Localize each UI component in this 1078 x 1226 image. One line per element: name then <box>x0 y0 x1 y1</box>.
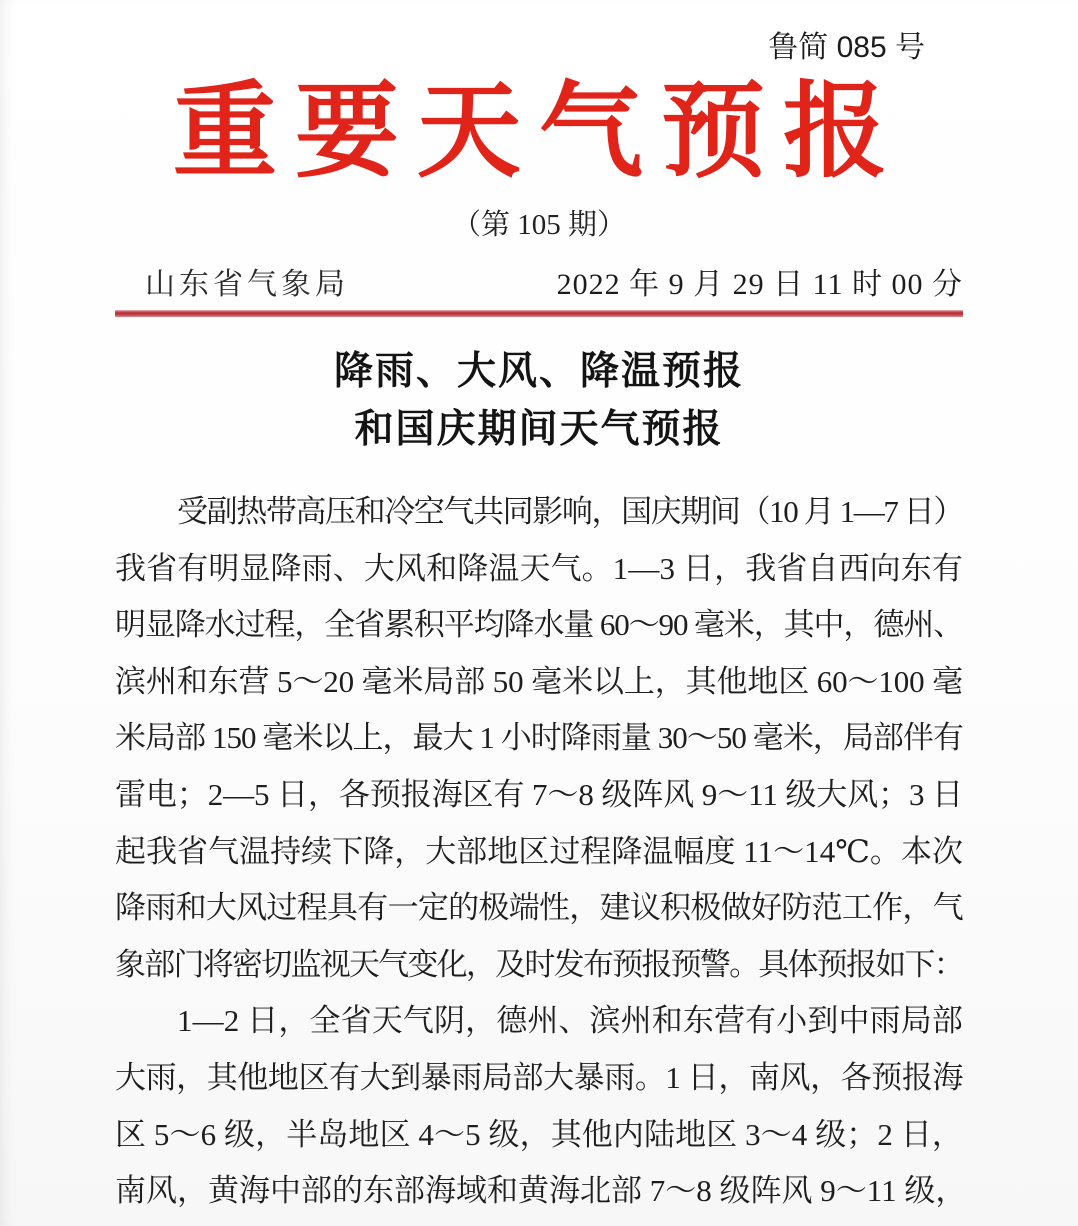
body-line: 降雨和大风过程具有一定的极端性，建议积极做好防范工作，气 <box>115 880 963 937</box>
issuer-row: 山东省气象局 2022 年 9 月 29 日 11 时 00 分 <box>115 259 963 303</box>
body-line: 雷电；2—5 日，各预报海区有 7～8 级阵风 9～11 级大风；3 日 <box>115 767 963 824</box>
document-body: 受副热带高压和冷空气共同影响，国庆期间（10 月 1—7 日）我省有明显降雨、大… <box>115 484 963 1220</box>
body-line: 明显降水过程，全省累积平均降水量 60～90 毫米，其中，德州、 <box>115 597 963 654</box>
body-line: 象部门将密切监视天气变化，及时发布预报预警。具体预报如下： <box>115 937 963 994</box>
body-line: 南风，黄海中部的东部海域和黄海北部 7～8 级阵风 9～11 级， <box>115 1163 963 1220</box>
issuer-name: 山东省气象局 <box>145 259 349 303</box>
subject-title-line1: 降雨、大风、降温预报 <box>115 343 963 401</box>
issue-datetime: 2022 年 9 月 29 日 11 时 00 分 <box>557 259 963 303</box>
issue-number: （第 105 期） <box>115 202 963 243</box>
body-line: 区 5～6 级，半岛地区 4～5 级，其他内陆地区 3～4 级；2 日， <box>115 1107 963 1164</box>
body-line: 起我省气温持续下降，大部地区过程降温幅度 11～14℃。本次 <box>115 824 963 881</box>
body-line: 受副热带高压和冷空气共同影响，国庆期间（10 月 1—7 日） <box>115 484 963 541</box>
body-line: 米局部 150 毫米以上，最大 1 小时降雨量 30～50 毫米，局部伴有 <box>115 710 963 767</box>
body-line: 我省有明显降雨、大风和降温天气。1—3 日，我省自西向东有 <box>115 541 963 598</box>
subject-title: 降雨、大风、降温预报 和国庆期间天气预报 <box>115 343 963 459</box>
subject-title-line2: 和国庆期间天气预报 <box>115 401 963 459</box>
page-title: 重要天气预报 <box>115 74 963 192</box>
body-line: 滨州和东营 5～20 毫米局部 50 毫米以上，其他地区 60～100 毫 <box>115 654 963 711</box>
red-rule-divider <box>115 310 963 317</box>
body-line: 1—2 日，全省天气阴，德州、滨州和东营有小到中雨局部 <box>115 993 963 1050</box>
document-number: 鲁简 085 号 <box>115 0 963 66</box>
weather-forecast-document: 鲁简 085 号 重要天气预报 （第 105 期） 山东省气象局 2022 年 … <box>0 0 1078 1226</box>
body-line: 大雨，其他地区有大到暴雨局部大暴雨。1 日，南风，各预报海 <box>115 1050 963 1107</box>
